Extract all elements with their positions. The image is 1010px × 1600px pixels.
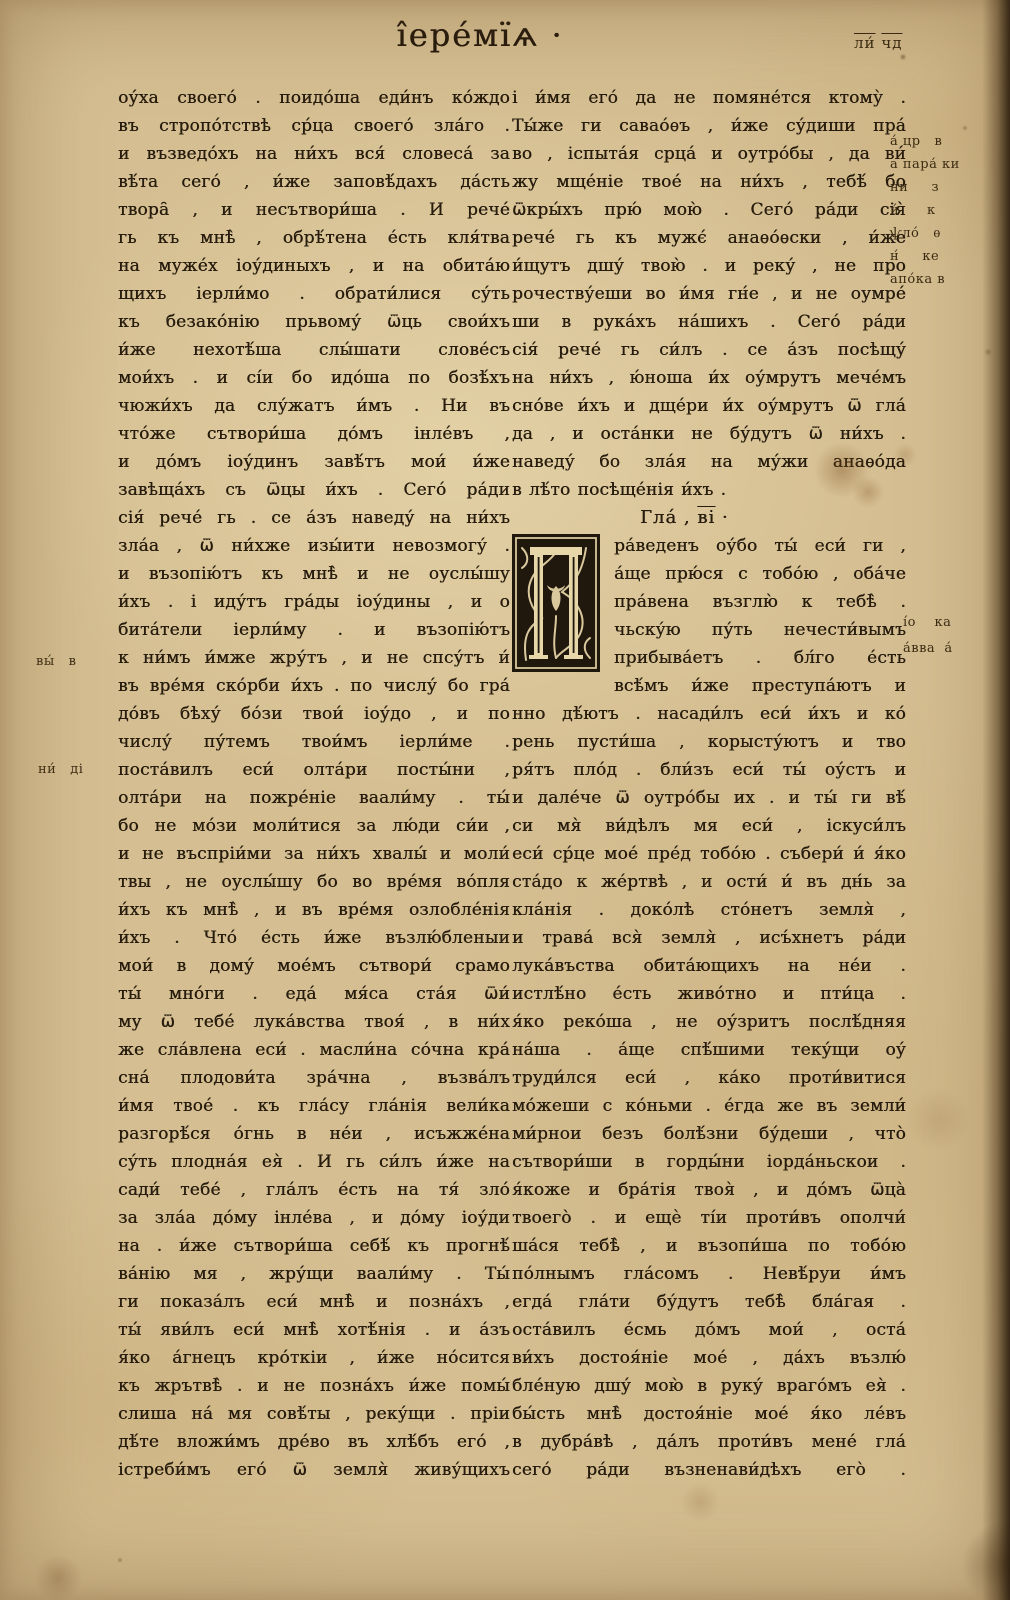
text-line: оста́вилъ е́смь до́мъ мои́ , оста́	[512, 1316, 906, 1344]
text-line: егда́ гла́ти бу́дутъ тебѣ̀ бла́гая .	[512, 1288, 906, 1316]
folio-label: ли́	[854, 34, 876, 52]
book-page: і̂ере́мїѧ · ли́ чд оу́ха своего́ . поидо…	[0, 0, 1010, 1600]
margin-notes-right-top: а́ цр ва пара́ кини́ зи́ кѱло́ ѳн́ кеапо…	[890, 130, 1008, 291]
text-line: ша́ся тебѣ̀ , и възопи́ша по тобо́ю	[512, 1232, 906, 1260]
text-line: до́въ бѣху́ бо́зи твои́ іоу́до , и по	[118, 700, 510, 728]
text-line: что́же сътвори́ша до́мъ інле́въ ,	[118, 420, 510, 448]
text-line: лука́въства обита́ющихъ на не́и .	[512, 952, 906, 980]
margin-note: а пара́ ки	[890, 153, 1008, 176]
text-column-left: оу́ха своего́ . поидо́ша еди́нъ ко́ждовъ…	[118, 84, 510, 1484]
text-line: на . и́же сътвори́ша себѣ́ къ прогнѣ́	[118, 1232, 510, 1260]
text-line: жу мще́ніе твое́ на ни́хъ , тебѣ́ бо	[512, 168, 906, 196]
text-line: да , и оста́нки не бу́дутъ ѿ ни́хъ .	[512, 420, 906, 448]
text-line: труди́лся еси́ , ка́ко проти́витися	[512, 1064, 906, 1092]
text-line: ми́рнои безъ болѣ́зни бу́деши , что̀	[512, 1120, 906, 1148]
text-line: сего́ ра́ди възненави́дѣхъ его̀ .	[512, 1456, 906, 1484]
text-line: во , іспыта́я срца́ и оутро́бы , да ви́	[512, 140, 906, 168]
text-line: и дале́че ѿ оутро́бы их . и ты́ ги вѣ́	[512, 784, 906, 812]
text-line: въ вре́мя ско́рби и́хъ . по числу́ бо гр…	[118, 672, 510, 700]
text-line: в лѣ́то посѣще́нія и́хъ .	[512, 476, 906, 504]
text-line: завѣща́хъ съ ѿцы и́хъ . Сего́ ра́ди	[118, 476, 510, 504]
text-line: наведу́ бо зла́я на му́жи анаѳо́да	[512, 448, 906, 476]
text-line: рень пусти́ша , корысту́ютъ и тво	[512, 728, 906, 756]
text-line: прибыва́етъ . бл́го е́сть	[614, 644, 906, 672]
text-line: числу́ пу́темъ твои́мъ іерли́ме .	[118, 728, 510, 756]
text-line: нно дѣ́ютъ . насади́лъ еси́ и́хъ и ко́	[512, 700, 906, 728]
text-line: за зла́а до́му інле́ва , и до́му іоу́ди	[118, 1204, 510, 1232]
text-line: ви́хъ достоя́ніе мое́ , да́хъ възлю́	[512, 1344, 906, 1372]
text-line: мои́хъ . и сі́и бо идо́ша по бозѣ́хъ	[118, 364, 510, 392]
text-line: пра́вена възглю̀ к тебѣ̀ .	[614, 588, 906, 616]
chapter-dot: ·	[722, 507, 729, 528]
text-line: бле́ную дшу́ мою̀ в руку́ враго́мъ ея̀ .	[512, 1372, 906, 1400]
text-line: си мя̀ ви́дѣлъ мя еси́ , іскуси́лъ	[512, 812, 906, 840]
text-line: кла́нія . доко́лѣ сто́нетъ земля̀ ,	[512, 896, 906, 924]
margin-note: и́ к	[890, 199, 1008, 222]
text-line: і и́мя его́ да не помяне́тся ктому̀ .	[512, 84, 906, 112]
text-line: по́лнымъ гла́сомъ . Невѣ́руи и́мъ	[512, 1260, 906, 1288]
margin-note: а́ цр в	[890, 130, 1008, 153]
text-line: и́хъ . Что́ е́сть и́же възлю́бленыи	[118, 924, 510, 952]
text-line: и възведо́хъ на ни́хъ вся́ словеса́ за	[118, 140, 510, 168]
text-line: и́хъ . і иду́тъ гра́ды іоу́дины , и о	[118, 588, 510, 616]
chapter-12-lines: всѣ́мъ и́же преступа́ютъ и безако́нно дѣ…	[512, 672, 906, 1484]
text-line: мои́ в дому́ мое́мъ сътвори́ срамо	[118, 952, 510, 980]
text-line: му ѿ тебе́ лука́вства твоя́ , в ни́х	[118, 1008, 510, 1036]
text-line: слиша на́ мя совѣ́ты , реку́щи . пріи	[118, 1400, 510, 1428]
text-line: на ни́хъ , ю́ноша и́х оу́мрутъ мече́мъ	[512, 364, 906, 392]
text-line: и трава́ вся̀ земля̀ , исъ́хнетъ ра́ди	[512, 924, 906, 952]
page-title: і̂ере́мїѧ ·	[280, 16, 680, 54]
margin-note: а́вва а́	[903, 636, 1008, 662]
text-line: и́мя твое́ . къ гла́су гла́нія вели́ка	[118, 1092, 510, 1120]
text-line: ты́ яви́лъ еси́ мнѣ̀ хотѣ́нія . и а́зъ	[118, 1316, 510, 1344]
margin-note: ни́ з	[890, 176, 1008, 199]
text-line: дѣ́те вложи́мъ дре́во въ хлѣ́бъ его́ ,	[118, 1428, 510, 1456]
text-line: я́ко реко́ша , не оу́зритъ послѣ́дняя	[512, 1008, 906, 1036]
text-column-right: і и́мя его́ да не помяне́тся ктому̀ .Ты́…	[512, 84, 906, 1484]
text-line: ши в рука́хъ на́шихъ . Сего́ ра́ди	[512, 308, 906, 336]
text-line: къ безако́нію прьвому́ ѿць свои́хъ	[118, 308, 510, 336]
text-line: щихъ іерли́мо . обрати́лися су́ть	[118, 280, 510, 308]
text-line: су́ть плодна́я ея̀ . И гь си́лъ и́же на	[118, 1148, 510, 1176]
text-line: истлѣ́но е́сть живо́тно и пти́ца .	[512, 980, 906, 1008]
text-line: на́ша . а́ще спѣ́шими теку́щи оу́	[512, 1036, 906, 1064]
margin-note: апо́ка в	[890, 268, 1008, 291]
text-line: істреби́мъ его́ ѿ земля̀ живу́щихъ	[118, 1456, 510, 1484]
text-line: зла́а , ѿ ни́хже изы́ити невозмогу́ .	[118, 532, 510, 560]
margin-note: і́о ка	[903, 610, 1008, 636]
text-line: и не въспріи́ми за ни́хъ хвалы́ и моли́	[118, 840, 510, 868]
margin-note: н́ ке	[890, 245, 1008, 268]
text-line: и до́мъ іоу́динъ завѣ́тъ мои́ и́же	[118, 448, 510, 476]
text-line: бы́сть мнѣ̀ достоя́ніе мое́ я́ко ле́въ	[512, 1400, 906, 1428]
margin-note-left-upper: вы́ в	[36, 650, 116, 673]
chapter-11-end: і и́мя его́ да не помяне́тся ктому̀ .Ты́…	[512, 84, 906, 476]
text-line: сія́ рече́ гь си́лъ . се а́зъ посѣщу́	[512, 336, 906, 364]
text-line: я́ко а́гнецъ кро́ткіи , и́же но́сится	[118, 1344, 510, 1372]
text-line: ги показа́лъ еси́ мнѣ̀ и позна́хъ ,	[118, 1288, 510, 1316]
margin-notes-right-mid: і́о каа́вва а́	[903, 610, 1008, 662]
text-line: Ты́же ги савао́ѳъ , и́же су́диши пра́	[512, 112, 906, 140]
text-line: я́коже и бра́тія твоя̀ , и до́мъ ѿца̀	[512, 1176, 906, 1204]
text-line: ты́ мно́ги . еда́ мя́са ста́я ѿи́	[118, 980, 510, 1008]
text-line: и́хъ къ мнѣ̀ , и въ вре́мя озлобле́нія	[118, 896, 510, 924]
text-line: ря́тъ пло́д . бли́зъ еси́ ты́ оу́стъ и	[512, 756, 906, 784]
text-line: сна́ плодови́та зра́чна , възва́лъ	[118, 1064, 510, 1092]
text-line: ѿкры́хъ прю́ мою̀ . Сего́ ра́ди сія̀	[512, 196, 906, 224]
text-line: и́же нехотѣ́ша слы́шати слове́съ	[118, 336, 510, 364]
text-line: къ жрътвѣ̀ . и не позна́хъ и́же помы́	[118, 1372, 510, 1400]
text-line: сно́ве и́хъ и дще́ри и́х оу́мрутъ ѿ гла́	[512, 392, 906, 420]
text-line: рочеству́еши во и́мя гн́е , и не оумре́	[512, 280, 906, 308]
text-line: твоего̀ . и ещѐ ті́и проти́въ ополчи́	[512, 1204, 906, 1232]
text-line: разгорѣ́ся о́гнь в не́и , исъжже́на	[118, 1120, 510, 1148]
text-line: ста́до к же́ртвѣ , и ости́ и́ въ дн́ь за	[512, 868, 906, 896]
text-line: сътвори́ши в горды́ни іорда́ньскои .	[512, 1148, 906, 1176]
text-line: в дубра́вѣ , да́лъ проти́въ мене́ гла́	[512, 1428, 906, 1456]
text-line: бита́тели іерли́му . и възопію́тъ	[118, 616, 510, 644]
folio-number: ли́ чд	[854, 34, 902, 52]
text-line: ра́веденъ оу́бо ты́ еси́ ги ,	[614, 532, 906, 560]
chapter-number: ві	[697, 507, 715, 528]
text-line: рече́ гь къ мужє́ анаѳо́ѳски , и́же	[512, 224, 906, 252]
text-line: твы , не оуслы́шу бо во вре́мя во́пля	[118, 868, 510, 896]
folio-value: чд	[881, 34, 902, 52]
text-line: гь къ мнѣ̀ , обрѣ́тена е́сть кля́тва	[118, 224, 510, 252]
text-line: еси́ ср́це мое́ пре́д тобо́ю . събери́ и…	[512, 840, 906, 868]
chapter-label: Гла́ ,	[640, 507, 691, 528]
text-line: сія́ рече́ гь . се а́зъ наведу́ на ни́хъ	[118, 504, 510, 532]
text-line: же сла́влена еси́ . масли́на со́чна кра́	[118, 1036, 510, 1064]
text-line: бо не мо́зи моли́тися за лю́ди си́и ,	[118, 812, 510, 840]
text-line: оу́ха своего́ . поидо́ша еди́нъ ко́ждо	[118, 84, 510, 112]
text-line: всѣ́мъ и́же преступа́ютъ и безако́	[614, 672, 906, 700]
text-line: ва́нію мя , жру́щи ваали́му . Ты́	[118, 1260, 510, 1288]
text-line: чьску́ю пу́ть нечести́вымъ	[614, 616, 906, 644]
text-line: и́щутъ дшу́ твою̀ . и реку́ , не про	[512, 252, 906, 280]
text-line: на муже́х іоу́диныхъ , и на обита́ю	[118, 252, 510, 280]
text-line: олта́ри на пожре́ніе ваали́му . ты́	[118, 784, 510, 812]
text-line: а́ще прю́ся с тобо́ю , оба́че	[614, 560, 906, 588]
text-line: вѣ́та сего́ , и́же заповѣ́дахъ да́сть	[118, 168, 510, 196]
text-line: мо́жеши с ко́ньми . е́гда же въ земли́	[512, 1092, 906, 1120]
margin-note-left-lower: ни́ ді	[38, 758, 118, 781]
text-line: чюжи́хъ да слу́жатъ и́мъ . Ни въ	[118, 392, 510, 420]
text-line: поста́вилъ еси́ олта́ри посты́ни ,	[118, 756, 510, 784]
decorated-initial-letter	[512, 534, 600, 672]
chapter-heading: Гла́ , ві ·	[512, 504, 906, 532]
chapter-12-body: ра́веденъ оу́бо ты́ еси́ ги ,а́ще прю́ся…	[512, 532, 906, 1484]
text-line: въ стропо́тствѣ ср́ца своего́ зла́го .	[118, 112, 510, 140]
text-line: сади́ тебе́ , гла́лъ е́сть на тя́ зло́	[118, 1176, 510, 1204]
text-line: к ни́мъ и́мже жру́тъ , и не спсу́тъ и́	[118, 644, 510, 672]
text-line: твора̑ , и несътвори́ша . И рече́	[118, 196, 510, 224]
margin-note: ѱло́ ѳ	[890, 222, 1008, 245]
woodcut-initial-P-icon	[512, 534, 600, 672]
text-line: и възопію́тъ къ мнѣ̀ и не оуслы́шу	[118, 560, 510, 588]
